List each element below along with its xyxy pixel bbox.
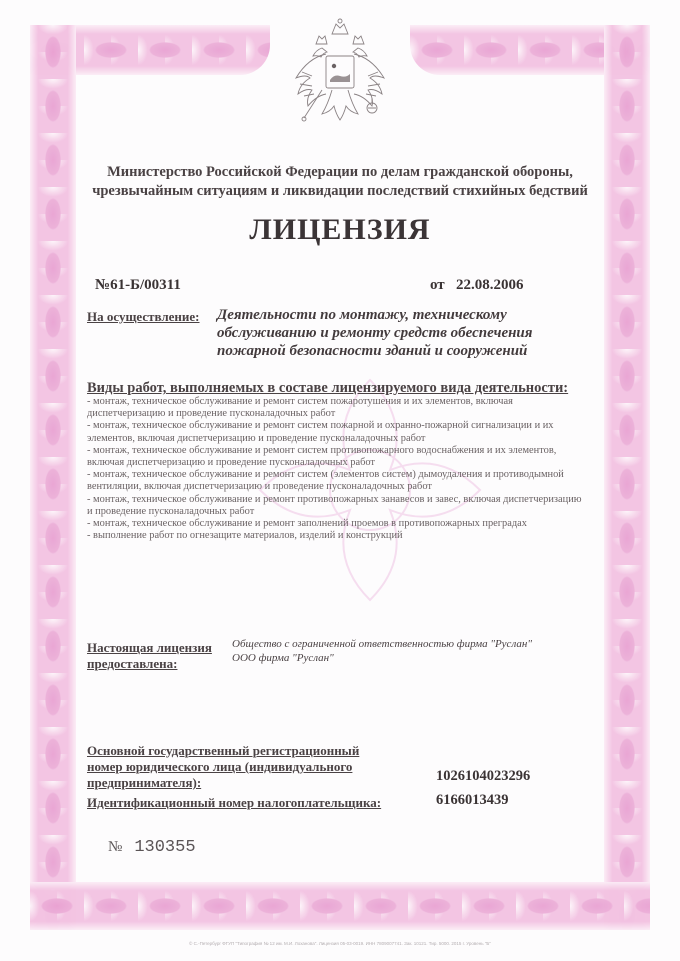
holder-full-name: Общество с ограниченной ответственностью…	[232, 637, 532, 651]
serial-number: 130355	[134, 838, 195, 857]
ministry-name: Министерство Российской Федерации по дел…	[0, 163, 680, 201]
border-right	[604, 25, 650, 930]
work-item: - монтаж, техническое обслуживание и рем…	[87, 494, 587, 518]
ogrn-label-line-1: Основной государственный регистрационный	[87, 743, 359, 759]
ogrn-label-line-2: номер юридического лица (индивидуального	[87, 759, 359, 775]
ogrn-value: 1026104023296	[436, 768, 530, 785]
blank-serial: №130355	[108, 838, 196, 857]
border-bottom	[30, 882, 650, 930]
inn-label: Идентификационный номер налогоплательщик…	[87, 795, 381, 811]
license-date: 22.08.2006	[456, 277, 524, 294]
holder-label-line-2: предоставлена:	[87, 656, 212, 672]
ogrn-label-line-3: предпринимателя):	[87, 775, 359, 791]
work-item: - монтаж, техническое обслуживание и рем…	[87, 445, 587, 469]
license-holder: Общество с ограниченной ответственностью…	[232, 637, 532, 665]
ministry-line-2: чрезвычайным ситуациям и ликвидации посл…	[0, 182, 680, 201]
works-heading: Виды работ, выполняемых в составе лиценз…	[87, 380, 568, 397]
document-title: ЛИЦЕНЗИЯ	[0, 213, 680, 247]
inn-value: 6166013439	[436, 792, 509, 809]
work-item: - монтаж, техническое обслуживание и рем…	[87, 518, 587, 530]
work-item: - выполнение работ по огнезащите материа…	[87, 530, 587, 542]
activity-text: Деятельности по монтажу, техническому об…	[217, 306, 587, 360]
ministry-line-1: Министерство Российской Федерации по дел…	[0, 163, 680, 182]
activity-label: На осуществление:	[87, 309, 200, 325]
date-label: от	[430, 277, 445, 294]
work-item: - монтаж, техническое обслуживание и рем…	[87, 396, 587, 420]
serial-prefix: №	[108, 839, 122, 855]
holder-label: Настоящая лицензия предоставлена:	[87, 640, 212, 672]
work-item: - монтаж, техническое обслуживание и рем…	[87, 469, 587, 493]
holder-label-line-1: Настоящая лицензия	[87, 640, 212, 656]
works-list: - монтаж, техническое обслуживание и рем…	[87, 396, 587, 542]
license-number: №61-Б/00311	[95, 277, 181, 294]
border-left	[30, 25, 76, 930]
printer-footer: © С.-Петербург ФГУП "Типография № 12 им.…	[0, 941, 680, 946]
coat-of-arms-icon	[282, 14, 398, 134]
work-item: - монтаж, техническое обслуживание и рем…	[87, 420, 587, 444]
holder-short-name: ООО фирма "Руслан"	[232, 651, 532, 665]
ogrn-label: Основной государственный регистрационный…	[87, 743, 359, 791]
